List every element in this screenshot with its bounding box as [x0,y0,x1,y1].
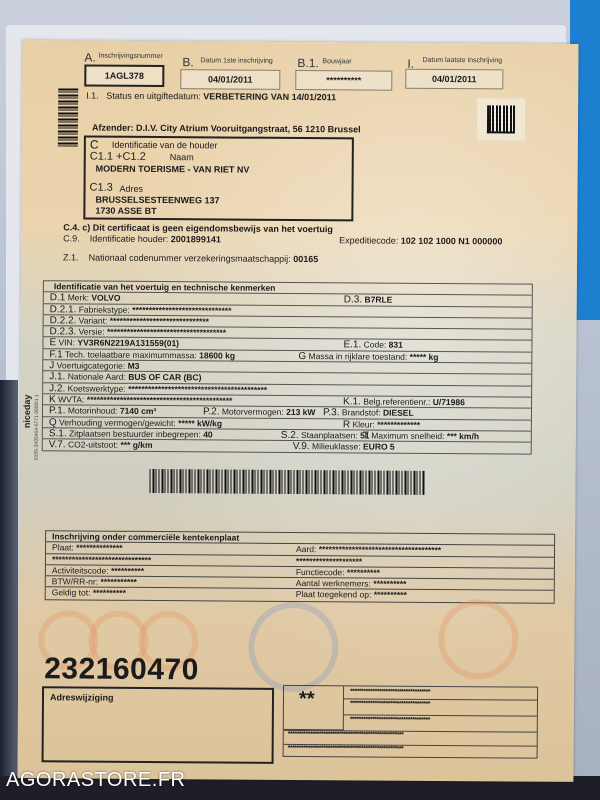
holder-identification-box: C Identificatie van de houder C1.1 +C1.2… [83,135,354,221]
field-label: WVTA: [58,394,84,404]
field-label: Aard: [296,544,316,554]
star-line: ****************************************… [288,731,404,739]
expedition-line: Expeditiecode: 102 102 1000 N1 000000 [339,235,502,246]
commercial-field: Activiteitscode: ********** [52,565,144,577]
insurer-value: 00165 [293,254,318,264]
build-year: ********** [295,70,392,91]
field-value: YV3R6N2219A131559(01) [77,338,179,349]
field-code: D.1 [50,293,66,304]
field-code: J.1. [49,372,65,383]
field-value: B7RLE [364,295,392,305]
field-label: Belg.referentienr.: [363,396,430,406]
field-value: VOLVO [91,293,120,303]
commercial-field: Geldig tot: ********** [52,588,126,600]
field-a-label: Inschrijvingsnummer [98,53,162,60]
field-code: K.1. [343,396,361,407]
field-value: DIESEL [383,408,414,418]
technical-field: Q Verhouding vermogen/gewicht: ***** kW/… [49,417,222,429]
holder-address-code: C1.3 [90,182,113,194]
field-value: ********** [347,567,380,577]
field-code: V.9. [293,441,310,452]
technical-field: S.2. Staanplaatsen: 51 [281,430,370,442]
field-value: *** g/km [120,440,152,450]
field-label: Staanplaatsen: [301,430,358,440]
technical-field: F.1 Tech. toelaatbare maximummassa: 1860… [49,349,235,361]
field-code: P.1. [49,406,66,417]
star-marker: ** [299,688,315,711]
commercial-field: BTW/RR-nr: *********** [52,576,137,588]
technical-field: D.2.3. Versie: *************************… [50,326,227,338]
field-value: ******************** [296,556,362,566]
field-label: Zitplaatsen bestuurder inbegrepen: [69,428,201,439]
field-value: ****************************************… [128,383,267,394]
field-label: Fabriekstype: [79,304,130,314]
field-label: Geldig tot: [52,588,91,598]
field-label: Brandstof: [342,408,381,418]
field-label: Versie: [79,327,105,337]
field-code: D.2.3. [50,326,77,337]
field-value: 7140 cm³ [120,406,156,416]
address-change-box: Adreswijziging [42,686,275,764]
field-label: Kleur: [352,419,374,429]
field-label: Massa in rijklare toestand: [309,351,408,362]
field-code: P.2. [203,407,220,418]
agorastore-watermark: AGORASTORE.FR [6,769,186,792]
technical-field: V.9. Milieuklasse: EURO 5 [293,441,395,453]
field-code: J [49,360,54,371]
field-label: Koetswerktype: [68,383,126,393]
technical-field: E VIN: YV3R6N2219A131559(01) [49,338,179,350]
technical-field: K.1. Belg.referentienr.: U/71986 [343,396,465,408]
stamp-blue [248,602,339,693]
field-value: ********** [374,590,407,600]
status-line: I.1. Status en uitgiftedatum: VERBETERIN… [86,91,336,103]
technical-field: J Voertuigcategorie: M3 [49,360,139,372]
technical-field: J.1. Nationale Aard: BUS OF CAR (BC) [49,372,201,384]
field-label: Milieuklasse: [312,441,361,451]
holder-address-line1: BRUSSELSESTEENWEG 137 [95,195,219,206]
field-value: EURO 5 [363,442,395,452]
field-value: ************************************* [319,544,441,555]
star-marker-cell: ** [284,686,344,730]
holder-address-line2: 1730 ASSE BT [95,206,156,216]
field-code: K [49,394,56,405]
technical-field: D.2.2. Variant: ************************… [50,315,209,327]
field-label: Motorvermogen: [222,407,284,417]
technical-field: S.1. Zitplaatsen bestuurder inbegrepen: … [49,428,213,440]
field-code: Q [49,417,57,428]
field-code: R [343,419,350,430]
expedition-label: Expeditiecode: [339,235,398,245]
field-code: G [298,351,306,362]
field-code: F.1 [49,349,62,360]
field-label: Plaat: [52,543,74,553]
expedition-value: 102 102 1000 N1 000000 [401,236,503,247]
field-label: Maximum snelheid: [371,430,444,441]
field-value: ****************************************… [87,394,233,405]
field-code: E [49,338,56,349]
field-value: ****************************** [52,554,151,565]
status-label: Status en uitgiftedatum: [106,91,201,102]
technical-field: D.1 Merk: VOLVO [50,293,121,304]
field-value: ****************************** [110,316,209,327]
commercial-title: Inschrijving onder commerciële kentekenp… [52,531,239,543]
field-value: 18600 kg [199,350,235,360]
field-i-label: Datum laatste inschrijving [422,57,502,65]
commercial-field: Plaat toegekend op: ********** [296,589,407,601]
field-label: Verhouding vermogen/gewicht: [59,417,176,428]
status-value: VERBETERING VAN 14/01/2011 [203,91,336,102]
field-value: ***** kg [410,352,439,362]
holder-id-line: C.9. Identificatie houder: 2001899141 [63,233,221,244]
sender-line: Afzender: D.I.V. City Atrium Vooruitgang… [92,123,361,135]
technical-field: G Massa in rijklare toestand: ***** kg [298,351,438,363]
field-a-letter: A. [84,51,95,65]
star-line: ************************************ [350,700,430,708]
technical-field: R Kleur: ************* [343,419,420,431]
document-number: 232160470 [44,652,199,687]
field-label: Motorinhoud: [68,406,118,416]
field-label: Nationale Aard: [68,372,126,382]
insurer-line: Z.1. Nationaal codenummer verzekeringsma… [63,252,318,264]
field-label: Merk: [68,293,89,303]
field-code: V.7. [49,439,66,450]
field-b1-label: Bouwjaar [322,58,351,65]
holder-section-letter: C [90,138,99,152]
field-value: M3 [128,361,140,371]
field-value: ************* [377,419,420,429]
field-code: T [363,430,369,441]
field-value: 40 [203,429,213,439]
field-label: BTW/RR-nr: [52,576,98,586]
field-label: Variant: [79,315,108,325]
field-code: E.1. [343,340,361,351]
technical-row: V.7. CO2-uitstoot: *** g/kmV.9. Milieukl… [43,439,531,454]
commercial-field: ****************************** [52,554,151,566]
field-label: Aantal werknemers: [296,578,371,589]
insurer-label: Nationaal codenummer verzekeringsmaatsch… [89,253,291,264]
holder-address-label: Adres [120,184,144,194]
field-code: J.2. [49,383,65,394]
field-value: 213 kW [286,407,315,417]
registration-certificate: A. Inschrijvingsnummer 1AGL378 B. Datum … [17,40,578,782]
field-label: Functiecode: [296,567,345,577]
background-shadow [0,380,18,800]
field-value: BUS OF CAR (BC) [128,372,201,383]
star-line: ************************************ [350,716,430,724]
field-value: ************************************ [107,327,226,338]
certificate-disclaimer: C.4. c) Dit certificaat is geen eigendom… [63,222,333,234]
holder-title: Identificatie van de houder [112,140,218,151]
star-block: ** ************************************ … [283,685,538,759]
technical-specs-table: Identificatie van het voertuig en techni… [42,280,533,455]
technical-field: D.3. B7RLE [344,295,393,306]
field-value: *** km/h [447,431,479,441]
field-code: D.2.1. [50,304,77,315]
field-label: Tech. toelaatbare maximummassa: [65,349,197,360]
field-b-label: Datum 1ste inschrijving [200,57,272,65]
vertical-barcode [58,88,78,146]
field-value: ********** [111,566,144,576]
holder-name: MODERN TOERISME - VAN RIET NV [96,164,250,175]
field-value: ********** [93,588,126,598]
first-registration-date: 04/01/2011 [180,69,280,90]
star-line: ************************************ [350,688,430,696]
commercial-plate-table: Inschrijving onder commerciële kentekenp… [45,530,555,603]
field-code: P.3. [323,407,340,418]
field-label: Plaat toegekend op: [296,589,372,600]
commercial-field: Functiecode: ********** [296,567,380,579]
field-label: Activiteitscode: [52,565,109,575]
technical-field: P.3. Brandstof: DIESEL [323,407,414,419]
holder-id-label: Identificatie houder: [90,234,169,245]
horizontal-barcode [149,469,424,495]
insurer-code: Z.1. [63,252,79,262]
technical-field: K WVTA: ********************************… [49,394,232,406]
holder-name-code: C1.1 +C1.2 [90,151,146,163]
commercial-field: Aard: **********************************… [296,544,441,556]
technical-field: E.1. Code: 831 [343,340,402,351]
technical-field: P.2. Motorvermogen: 213 kW [203,407,316,419]
holder-id-value: 2001899141 [171,234,221,244]
niceday-brand: niceday [22,395,32,429]
technical-field: D.2.1. Fabriekstype: *******************… [50,304,232,316]
field-code: D.3. [344,295,362,306]
field-label: CO2-uitstoot: [68,440,118,450]
field-value: ********** [373,579,406,589]
commercial-field: ******************** [296,556,362,567]
field-value: ************** [76,543,122,553]
field-value: *********** [100,577,136,587]
field-value: 831 [389,340,403,350]
technical-field: V.7. CO2-uitstoot: *** g/km [49,439,153,451]
field-value: ****************************** [132,304,231,315]
field-b1-letter: B.1. [297,56,318,70]
technical-field: P.1. Motorinhoud: 7140 cm³ [49,406,156,418]
field-value: ***** kW/kg [178,418,222,428]
star-line: ****************************************… [288,745,404,753]
field-label: VIN: [58,338,75,348]
field-label: Code: [364,340,387,350]
stamp-circle [438,599,519,680]
field-label: Voertuigcategorie: [57,360,126,370]
holder-name-label: Naam [170,152,194,162]
status-code: I.1. [86,91,99,101]
side-serial: 6155-3435464-6771 0900/1 1 [34,394,40,460]
registration-number: 1AGL378 [84,65,164,88]
field-code: S.1. [49,428,67,439]
technical-field: T Maximum snelheid: *** km/h [363,430,479,442]
last-registration-date: 04/01/2011 [405,69,503,90]
address-change-label: Adreswijziging [50,692,114,702]
datamatrix-code [487,105,515,133]
commercial-field: Plaat: ************** [52,543,123,554]
field-b-letter: B. [182,55,193,69]
field-code: D.2.2. [50,315,77,326]
holder-id-code: C.9. [63,233,80,243]
commercial-field: Aantal werknemers: ********** [296,578,407,590]
field-code: S.2. [281,430,299,441]
field-value: U/71986 [433,397,465,407]
